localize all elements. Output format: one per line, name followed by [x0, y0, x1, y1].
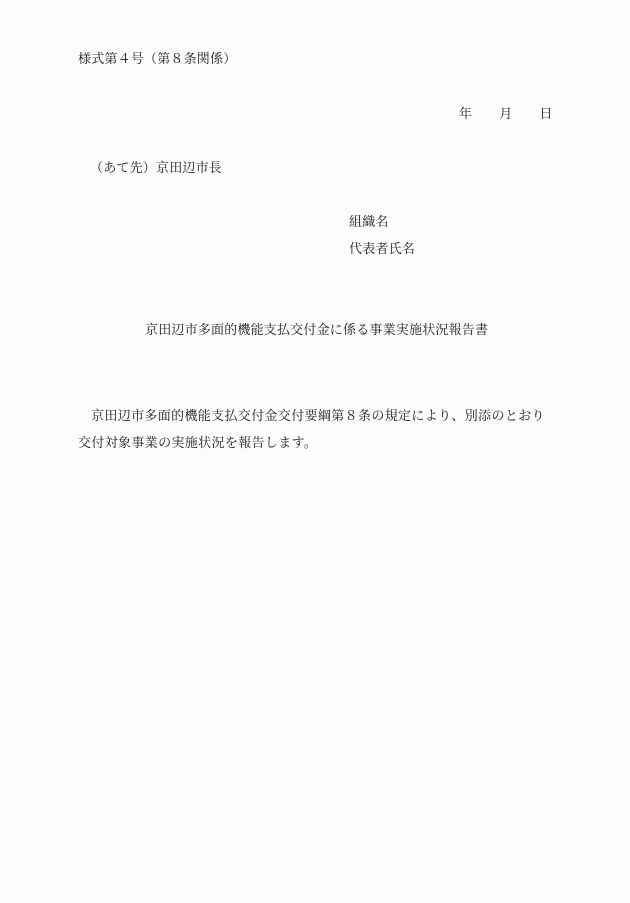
date-line: 年月日 [459, 107, 553, 123]
form-number: 様式第４号（第８条関係） [78, 52, 236, 68]
body-paragraph: 京田辺市多面的機能支払交付金交付要綱第８条の規定により、別添のとおり 交付対象事… [78, 403, 558, 457]
document-page: 様式第４号（第８条関係） 年月日 （あて先）京田辺市長 組織名 代表者氏名 京田… [0, 0, 630, 903]
date-day-label: 日 [539, 107, 552, 123]
date-month-label: 月 [499, 107, 512, 123]
body-line-2: 交付対象事業の実施状況を報告します。 [78, 430, 558, 457]
body-line-1: 京田辺市多面的機能支払交付金交付要綱第８条の規定により、別添のとおり [78, 403, 558, 430]
document-title: 京田辺市多面的機能支払交付金に係る事業実施状況報告書 [145, 323, 488, 339]
date-year-label: 年 [459, 107, 472, 123]
organization-name-label: 組織名 [349, 215, 389, 231]
representative-name-label: 代表者氏名 [349, 242, 415, 258]
addressee: （あて先）京田辺市長 [90, 161, 222, 177]
